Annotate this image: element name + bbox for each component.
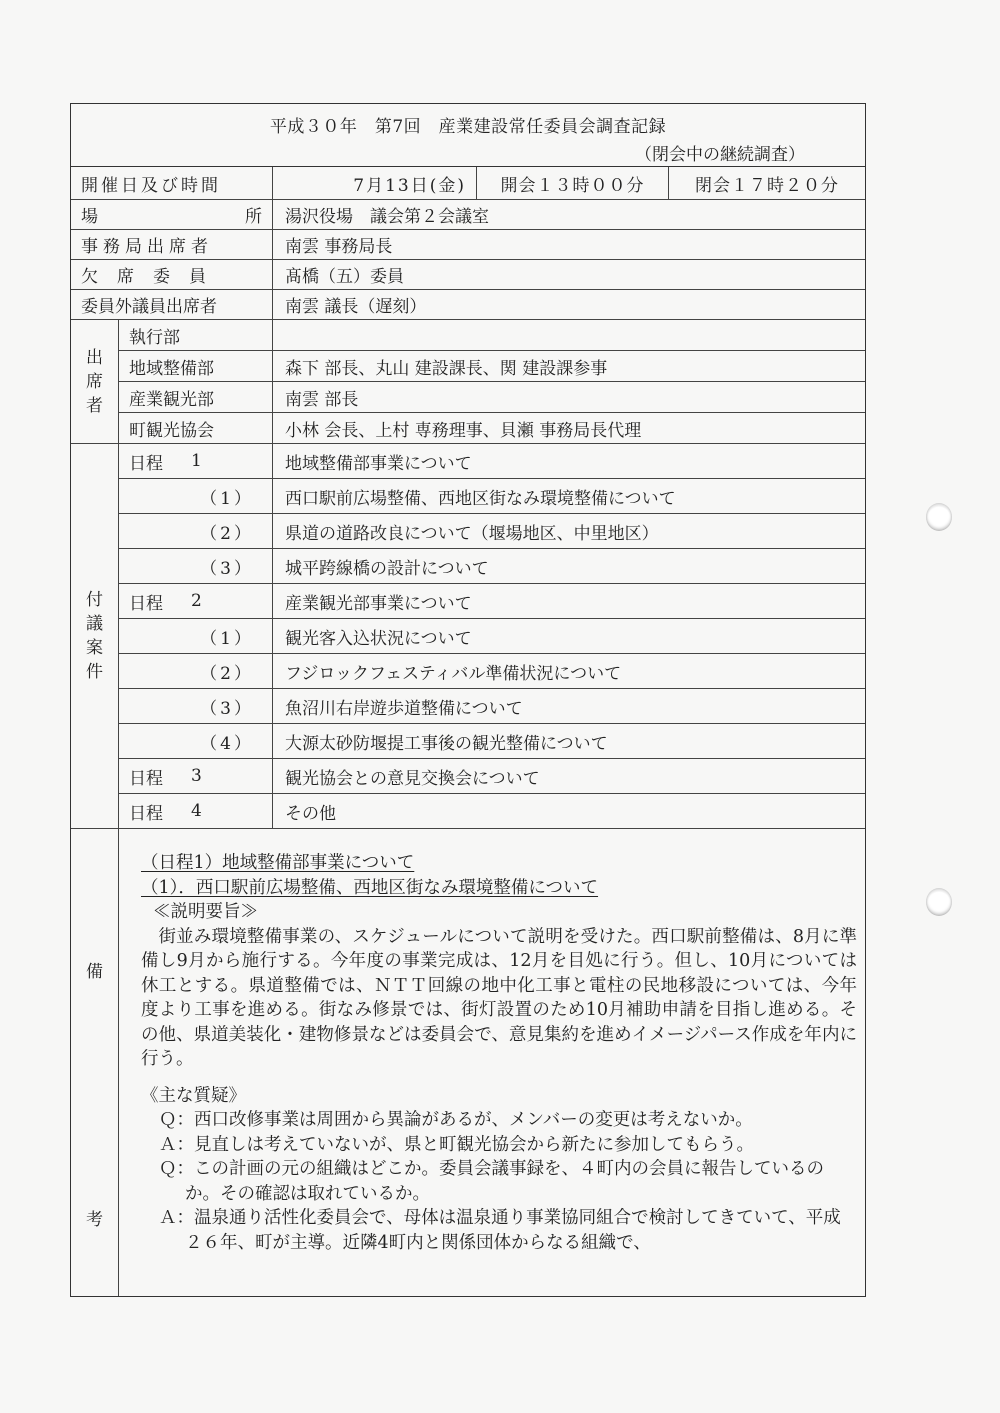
qa-item: Ａ：見直しは考えていないが、県と町観光協会から新たに参加してもらう。 [141, 1133, 857, 1158]
agenda-label-char: 案 [86, 636, 103, 660]
location-label: 場 所 [71, 200, 273, 229]
schedule-label: 日程4 [119, 794, 273, 828]
absent-row: 欠席委員 髙橋（五）委員 [71, 260, 865, 290]
document-subtitle: （閉会中の継続調査） [635, 140, 805, 165]
non-member-value: 南雲 議長（遅刻） [273, 290, 865, 319]
attendee-row: 産業観光部 南雲 部長 [119, 382, 865, 413]
remarks-section: 備 考 （日程1）地域整備部事業について （1）．西口駅前広場整備、西地区街なみ… [71, 829, 865, 1296]
close-time: 閉会１７時２０分 [669, 167, 865, 199]
attendee-row: 執行部 [119, 320, 865, 351]
item-number: （1） [119, 619, 273, 653]
agenda-text: 西口駅前広場整備、西地区街なみ環境整備について [273, 479, 865, 513]
secretariat-value: 南雲 事務局長 [273, 230, 865, 259]
remarks-label-char: 考 [86, 1205, 103, 1230]
item-number: （3） [119, 549, 273, 583]
agenda-text: 魚沼川右岸遊歩道整備について [273, 689, 865, 723]
agenda-text: 観光協会との意見交換会について [273, 759, 865, 793]
attendee-row: 地域整備部 森下 部長、丸山 建設課長、関 建設課参事 [119, 351, 865, 382]
qa-text: 温泉通り活性化委員会で、母体は温泉通り事業協同組合で検討してきていて、平成２６年… [185, 1208, 841, 1253]
attendee-names [273, 320, 865, 350]
agenda-schedule-row: 日程1 地域整備部事業について [119, 444, 865, 479]
agenda-schedule-row: 日程3 観光協会との意見交換会について [119, 759, 865, 794]
punch-hole-top [926, 503, 952, 531]
agenda-text: 産業観光部事業について [273, 584, 865, 618]
qa-text: 見直しは考えていないが、県と町観光協会から新たに参加してもらう。 [194, 1135, 754, 1155]
schedule-number: 3 [191, 766, 202, 786]
absent-label: 欠席委員 [71, 260, 273, 289]
subsection-heading: （1）．西口駅前広場整備、西地区街なみ環境整備について [141, 876, 857, 901]
agenda-item-row: （3） 城平跨線橋の設計について [119, 549, 865, 584]
agenda-text: 地域整備部事業について [273, 444, 865, 478]
schedule-label: 日程1 [119, 444, 273, 478]
absent-value: 髙橋（五）委員 [273, 260, 865, 289]
location-row: 場 所 湯沢役場 議会第２会議室 [71, 200, 865, 230]
attendee-row: 町観光協会 小林 会長、上村 専務理事、貝瀬 事務局長代理 [119, 413, 865, 443]
item-number: （4） [119, 724, 273, 758]
qa-prefix: Ａ： [159, 1208, 194, 1228]
qa-prefix: Ａ： [159, 1135, 194, 1155]
attendees-label-char: 出 [86, 346, 103, 370]
section-heading: （日程1）地域整備部事業について [141, 851, 857, 876]
summary-label: ≪説明要旨≫ [141, 900, 857, 925]
agenda-label-char: 付 [86, 588, 103, 612]
agenda-item-row: （4） 大源太砂防堰提工事後の観光整備について [119, 724, 865, 759]
schedule-number: 2 [191, 591, 202, 611]
schedule-number: 1 [191, 451, 202, 471]
attendee-dept: 産業観光部 [119, 382, 273, 412]
qa-item: Ａ：温泉通り活性化委員会で、母体は温泉通り事業協同組合で検討してきていて、平成２… [141, 1206, 857, 1255]
secretariat-row: 事務局出席者 南雲 事務局長 [71, 230, 865, 260]
schedule-word: 日程 [129, 764, 163, 789]
attendee-dept: 地域整備部 [119, 351, 273, 381]
item-number: （1） [119, 479, 273, 513]
schedule-number: 4 [191, 801, 202, 821]
agenda-text: 大源太砂防堰提工事後の観光整備について [273, 724, 865, 758]
remarks-label-char: 備 [86, 957, 103, 982]
location-label-b: 所 [245, 202, 262, 227]
remarks-body: （日程1）地域整備部事業について （1）．西口駅前広場整備、西地区街なみ環境整備… [119, 829, 865, 1296]
agenda-text: 城平跨線橋の設計について [273, 549, 865, 583]
agenda-text: フジロックフェスティバル準備状況について [273, 654, 865, 688]
agenda-label: 付 議 案 件 [71, 444, 119, 828]
schedule-word: 日程 [129, 799, 163, 824]
qa-item: Ｑ：この計画の元の組織はどこか。委員会議事録を、４町内の会員に報告しているのか。… [141, 1157, 857, 1206]
agenda-schedule-row: 日程2 産業観光部事業について [119, 584, 865, 619]
agenda-schedule-row: 日程4 その他 [119, 794, 865, 828]
attendee-names: 南雲 部長 [273, 382, 865, 412]
summary-text: 街並み環境整備事業の、スケジュールについて説明を受けた。西口駅前整備は、8月に準… [141, 925, 857, 1072]
punch-hole-bottom [926, 888, 952, 916]
location-value: 湯沢役場 議会第２会議室 [273, 200, 865, 229]
attendee-names: 森下 部長、丸山 建設課長、関 建設課参事 [273, 351, 865, 381]
remarks-label: 備 考 [71, 829, 119, 1296]
attendees-label-char: 席 [86, 370, 103, 394]
date-label: 開催日及び時間 [71, 167, 273, 199]
qa-text: 西口改修事業は周囲から異論があるが、メンバーの変更は考えないか。 [194, 1110, 753, 1130]
agenda-text: 観光客入込状況について [273, 619, 865, 653]
agenda-item-row: （1） 西口駅前広場整備、西地区街なみ環境整備について [119, 479, 865, 514]
location-label-a: 場 [81, 202, 98, 227]
schedule-label: 日程3 [119, 759, 273, 793]
item-number: （2） [119, 514, 273, 548]
qa-item: Ｑ：西口改修事業は周囲から異論があるが、メンバーの変更は考えないか。 [141, 1108, 857, 1133]
agenda-text: 県道の道路改良について（堰場地区、中里地区） [273, 514, 865, 548]
agenda-item-row: （2） 県道の道路改良について（堰場地区、中里地区） [119, 514, 865, 549]
agenda-item-row: （1） 観光客入込状況について [119, 619, 865, 654]
agenda-label-char: 議 [86, 612, 103, 636]
document-title: 平成３０年 第7回 産業建設常任委員会調査記録 [71, 112, 865, 137]
item-number: （2） [119, 654, 273, 688]
agenda-item-row: （2） フジロックフェスティバル準備状況について [119, 654, 865, 689]
attendees-section: 出 席 者 執行部 地域整備部 森下 部長、丸山 建設課長、関 建設課参事 産業… [71, 320, 865, 444]
attendees-label-char: 者 [86, 394, 103, 418]
attendee-names: 小林 会長、上村 専務理事、貝瀬 事務局長代理 [273, 413, 865, 443]
schedule-label: 日程2 [119, 584, 273, 618]
secretariat-label: 事務局出席者 [71, 230, 273, 259]
meeting-date-row: 開催日及び時間 7月13日(金) 開会１３時００分 閉会１７時２０分 [71, 167, 865, 200]
agenda-item-row: （3） 魚沼川右岸遊歩道整備について [119, 689, 865, 724]
qa-text: この計画の元の組織はどこか。委員会議事録を、４町内の会員に報告しているのか。その… [185, 1159, 824, 1204]
item-number: （3） [119, 689, 273, 723]
agenda-section: 付 議 案 件 日程1 地域整備部事業について （1） 西口駅前広場整備、西地区… [71, 444, 865, 829]
qa-prefix: Ｑ： [159, 1159, 194, 1179]
agenda-text: その他 [273, 794, 865, 828]
schedule-word: 日程 [129, 589, 163, 614]
attendee-dept: 執行部 [119, 320, 273, 350]
qa-label: 《主な質疑》 [141, 1084, 857, 1109]
schedule-word: 日程 [129, 449, 163, 474]
minutes-form: 平成３０年 第7回 産業建設常任委員会調査記録 （閉会中の継続調査） 開催日及び… [70, 103, 866, 1297]
non-member-row: 委員外議員出席者 南雲 議長（遅刻） [71, 290, 865, 320]
attendee-dept: 町観光協会 [119, 413, 273, 443]
open-time: 開会１３時００分 [477, 167, 669, 199]
meeting-date: 7月13日(金) [273, 167, 477, 199]
qa-prefix: Ｑ： [159, 1110, 194, 1130]
attendees-label: 出 席 者 [71, 320, 119, 443]
agenda-label-char: 件 [86, 660, 103, 684]
title-block: 平成３０年 第7回 産業建設常任委員会調査記録 （閉会中の継続調査） [71, 104, 865, 167]
non-member-label: 委員外議員出席者 [71, 290, 273, 319]
